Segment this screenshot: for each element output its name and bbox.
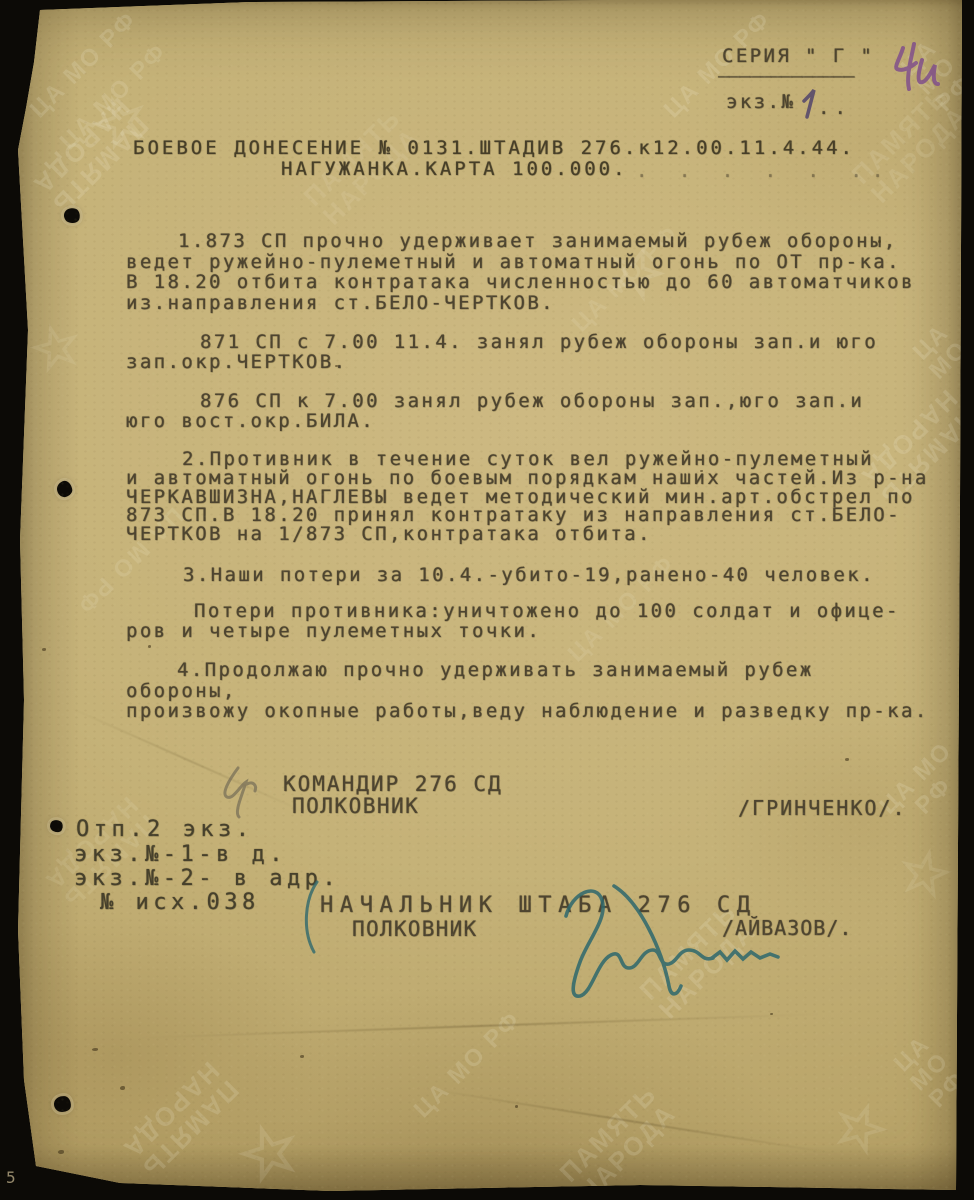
paper-sheet: ЦА МО РФЦА МО РФПАМЯТЬ НАРОДАПАМЯТЬ НАРО…	[0, 0, 974, 1200]
paper-speck	[845, 758, 849, 761]
archive-watermark: ЦА МО РФ	[872, 1014, 974, 1130]
copies-line-3: экз.№-2- в адр.	[74, 869, 340, 890]
archive-watermark: ПАМЯТЬ НАРОДА	[27, 92, 154, 219]
copy-number-dots: ..	[818, 98, 851, 119]
report-title-line2: НАГУЖАНКА.КАРТА 100.000.	[281, 159, 628, 180]
paper-speck	[335, 365, 338, 367]
paper-crease	[422, 1087, 837, 1155]
paragraph-871sp: 871 СП с 7.00 11.4. занял рубеж обороны …	[126, 332, 938, 372]
chief-of-staff-position: НАЧАЛЬНИК ШТАБА 276 СД	[320, 896, 757, 917]
punch-hole	[53, 1095, 71, 1112]
paragraph-2-enemy: 2.Противник в течение суток вел ружейно-…	[126, 450, 938, 544]
dashed-underline: —————————————	[718, 66, 854, 87]
scanned-document-page: ЦА МО РФЦА МО РФПАМЯТЬ НАРОДАПАМЯТЬ НАРО…	[0, 0, 974, 1200]
copies-line-4: № исх.038	[100, 893, 260, 914]
chief-of-staff-rank: ПОЛКОВНИК	[352, 919, 478, 940]
archive-watermark: ПАМЯТЬ НАРОДА	[555, 1080, 682, 1200]
paper-speck	[92, 1048, 98, 1051]
archive-watermark: ЦА МО РФ	[659, 7, 775, 123]
archive-watermark: ЦА МО РФ	[873, 735, 974, 840]
paragraph-1-873sp: 1.873 СП прочно удерживает занимаемый ру…	[126, 231, 938, 313]
paper-speck	[58, 1150, 64, 1154]
archive-watermark: ПАМЯТЬ НАРОДА	[847, 82, 974, 209]
paper-crease	[71, 707, 309, 815]
paragraph-enemy-losses: Потери противника:уничтожено до 100 солд…	[126, 602, 938, 641]
archive-watermark: ☆	[597, 230, 677, 315]
archival-page-number: 5	[6, 1168, 16, 1187]
text-layer: СЕРИЯ " Г " ————————————— экз.№ .. БОЕВО…	[0, 0, 974, 1200]
commander-name: /ГРИНЧЕНКО/.	[738, 798, 907, 819]
report-title-line1: БОЕВОЕ ДОНЕСЕНИЕ № 0131.ШТАДИВ 276.к12.0…	[133, 138, 855, 159]
paper-speck	[770, 1013, 773, 1015]
copies-line-1: Отп.2 экз.	[76, 820, 253, 841]
copy-number-label: экз.№	[726, 92, 795, 113]
archive-watermark: ☆	[82, 80, 161, 163]
paragraph-3-losses: 3.Наши потери за 10.4.-убито-19,ранено-4…	[126, 565, 938, 586]
archive-watermark: ЦА МО РФ	[71, 503, 187, 619]
paper-crease	[140, 1013, 820, 1039]
archive-watermark: ПАМЯТЬ НАРОДА	[299, 104, 426, 231]
paper-speck	[42, 648, 46, 651]
commander-rank: ПОЛКОВНИК	[292, 796, 419, 817]
archive-watermark: ЦА МО РФ	[563, 551, 679, 667]
stray-typed-dots: . . . . . ..	[636, 161, 893, 182]
paragraph-876sp: 876 СП к 7.00 занял рубеж обороны зап.,ю…	[126, 391, 938, 431]
archive-watermark: ЦА МО РФ	[567, 221, 683, 337]
paper-speck	[148, 645, 151, 648]
commander-position: КОМАНДИР 276 СД	[283, 774, 503, 795]
watermark-layer: ЦА МО РФЦА МО РФПАМЯТЬ НАРОДАПАМЯТЬ НАРО…	[0, 0, 974, 1200]
archive-watermark: ЦА МО	[898, 309, 974, 393]
archive-watermark: ЦА МО РФ	[25, 7, 141, 123]
archive-watermark: ЦА МО РФ	[884, 23, 974, 129]
archive-watermark: ☆	[823, 1088, 899, 1169]
archive-watermark: ☆	[892, 837, 960, 910]
paragraph-4-continue: 4.Продолжаю прочно удерживать занимаемый…	[126, 660, 938, 722]
archive-watermark: ПАМЯТЬ НАРОДА	[635, 898, 762, 1025]
archive-watermark: ☆	[228, 1108, 312, 1198]
paper-speck	[515, 1105, 518, 1108]
archive-watermark: ЦА МО РФ	[409, 1007, 525, 1123]
archive-watermark: ЦА МО РФ	[55, 39, 171, 155]
punch-hole	[62, 206, 81, 225]
archive-watermark: ПАМЯТЬ НАРОДА	[39, 791, 161, 913]
paper-speck	[300, 1055, 304, 1058]
punch-hole	[56, 480, 74, 499]
series-classification: СЕРИЯ " Г "	[722, 46, 874, 67]
copies-line-2: экз.№-1-в д.	[74, 845, 287, 866]
paper-speck	[700, 470, 703, 472]
archive-watermark: ПАМЯТЬ НАРОДА	[117, 1056, 244, 1183]
archive-watermark: ПАМЯТЬ НАРОДА	[855, 384, 974, 511]
paper-speck	[878, 240, 881, 243]
punch-hole	[48, 818, 65, 835]
chief-of-staff-name: /АЙВАЗОВ/.	[722, 918, 852, 939]
paper-speck	[120, 1086, 125, 1090]
archive-watermark: ☆	[23, 312, 91, 385]
